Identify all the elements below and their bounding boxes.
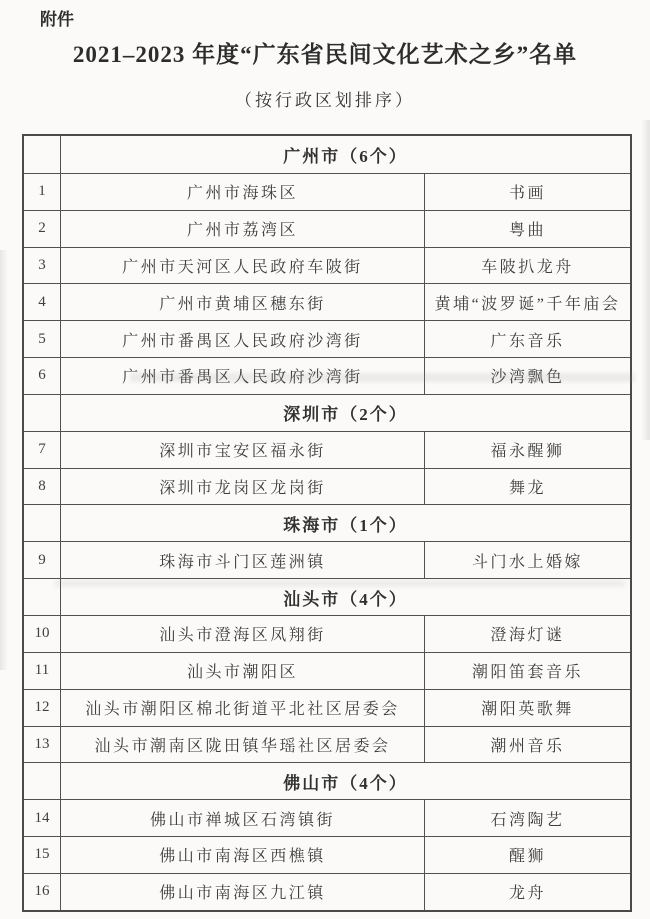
awards-table: 广州市（6个）1广州市海珠区书画2广州市荔湾区粤曲3广州市天河区人民政府车陂街车…: [22, 134, 632, 912]
table-row: 2广州市荔湾区粤曲: [24, 210, 630, 247]
art-form-cell: 舞龙: [425, 469, 630, 505]
row-number-cell: 9: [24, 542, 61, 578]
art-form-cell: 车陂扒龙舟: [425, 248, 630, 284]
table-row: 3广州市天河区人民政府车陂街车陂扒龙舟: [24, 247, 630, 284]
row-number-cell: 16: [24, 874, 61, 910]
row-number-cell: 4: [24, 284, 61, 320]
row-number-cell: 7: [24, 432, 61, 468]
art-form-cell: 书画: [425, 174, 630, 210]
location-cell: 汕头市潮阳区棉北街道平北社区居委会: [61, 690, 425, 726]
art-form-cell: 潮州音乐: [425, 727, 630, 763]
location-cell: 佛山市南海区西樵镇: [61, 837, 425, 873]
location-cell: 广州市荔湾区: [61, 211, 425, 247]
row-number-cell: 12: [24, 690, 61, 726]
section-header-row: 深圳市（2个）: [24, 394, 630, 431]
table-row: 7深圳市宝安区福永街福永醒狮: [24, 431, 630, 468]
table-row: 8深圳市龙岗区龙岗街舞龙: [24, 468, 630, 505]
table-row: 10汕头市澄海区凤翔街澄海灯谜: [24, 615, 630, 652]
art-form-cell: 醒狮: [425, 837, 630, 873]
section-header-row: 汕头市（4个）: [24, 578, 630, 615]
location-cell: 广州市天河区人民政府车陂街: [61, 248, 425, 284]
art-form-cell: 潮阳英歌舞: [425, 690, 630, 726]
location-cell: 深圳市宝安区福永街: [61, 432, 425, 468]
location-cell: 广州市番禺区人民政府沙湾街: [61, 358, 425, 394]
row-number-cell: [24, 505, 61, 541]
location-cell: 佛山市禅城区石湾镇街: [61, 800, 425, 836]
row-number-cell: [24, 763, 61, 799]
table-row: 1广州市海珠区书画: [24, 173, 630, 210]
location-cell: 广州市番禺区人民政府沙湾街: [61, 321, 425, 357]
location-cell: 汕头市澄海区凤翔街: [61, 616, 425, 652]
table-row: 13汕头市潮南区陇田镇华瑶社区居委会潮州音乐: [24, 726, 630, 763]
table-row: 5广州市番禺区人民政府沙湾街广东音乐: [24, 320, 630, 357]
location-cell: 广州市黄埔区穗东街: [61, 284, 425, 320]
art-form-cell: 沙湾飘色: [425, 358, 630, 394]
scan-shadow-left: [0, 250, 8, 670]
row-number-cell: 2: [24, 211, 61, 247]
document-page: 附件 2021–2023 年度“广东省民间文化艺术之乡”名单 （按行政区划排序）…: [0, 0, 650, 919]
row-number-cell: [24, 136, 61, 173]
section-label-cell: 汕头市（4个）: [61, 579, 630, 615]
art-form-cell: 粤曲: [425, 211, 630, 247]
section-header-row: 广州市（6个）: [24, 136, 630, 173]
row-number-cell: [24, 579, 61, 615]
table-row: 11汕头市潮阳区潮阳笛套音乐: [24, 652, 630, 689]
row-number-cell: 10: [24, 616, 61, 652]
row-number-cell: 8: [24, 469, 61, 505]
table-row: 9珠海市斗门区莲洲镇斗门水上婚嫁: [24, 541, 630, 578]
row-number-cell: 1: [24, 174, 61, 210]
page-title: 2021–2023 年度“广东省民间文化艺术之乡”名单: [0, 36, 650, 69]
section-label-cell: 佛山市（4个）: [61, 763, 630, 799]
row-number-cell: 15: [24, 837, 61, 873]
art-form-cell: 龙舟: [425, 874, 630, 910]
row-number-cell: [24, 395, 61, 431]
table-row: 16佛山市南海区九江镇龙舟: [24, 873, 630, 910]
section-label-cell: 深圳市（2个）: [61, 395, 630, 431]
table-row: 15佛山市南海区西樵镇醒狮: [24, 836, 630, 873]
art-form-cell: 广东音乐: [425, 321, 630, 357]
location-cell: 珠海市斗门区莲洲镇: [61, 542, 425, 578]
scan-shadow-right: [641, 120, 650, 440]
location-cell: 汕头市潮阳区: [61, 653, 425, 689]
art-form-cell: 黄埔“波罗诞”千年庙会: [425, 284, 630, 320]
row-number-cell: 14: [24, 800, 61, 836]
row-number-cell: 3: [24, 248, 61, 284]
location-cell: 佛山市南海区九江镇: [61, 874, 425, 910]
art-form-cell: 石湾陶艺: [425, 800, 630, 836]
section-header-row: 珠海市（1个）: [24, 504, 630, 541]
table-row: 14佛山市禅城区石湾镇街石湾陶艺: [24, 799, 630, 836]
page-subtitle: （按行政区划排序）: [0, 86, 650, 111]
table-row: 6广州市番禺区人民政府沙湾街沙湾飘色: [24, 357, 630, 394]
table-row: 4广州市黄埔区穗东街黄埔“波罗诞”千年庙会: [24, 283, 630, 320]
location-cell: 广州市海珠区: [61, 174, 425, 210]
location-cell: 汕头市潮南区陇田镇华瑶社区居委会: [61, 727, 425, 763]
art-form-cell: 福永醒狮: [425, 432, 630, 468]
table-row: 12汕头市潮阳区棉北街道平北社区居委会潮阳英歌舞: [24, 689, 630, 726]
row-number-cell: 6: [24, 358, 61, 394]
section-header-row: 佛山市（4个）: [24, 762, 630, 799]
art-form-cell: 斗门水上婚嫁: [425, 542, 630, 578]
row-number-cell: 11: [24, 653, 61, 689]
art-form-cell: 潮阳笛套音乐: [425, 653, 630, 689]
row-number-cell: 13: [24, 727, 61, 763]
section-label-cell: 广州市（6个）: [61, 136, 630, 173]
attachment-label: 附件: [40, 5, 74, 30]
art-form-cell: 澄海灯谜: [425, 616, 630, 652]
row-number-cell: 5: [24, 321, 61, 357]
location-cell: 深圳市龙岗区龙岗街: [61, 469, 425, 505]
section-label-cell: 珠海市（1个）: [61, 505, 630, 541]
